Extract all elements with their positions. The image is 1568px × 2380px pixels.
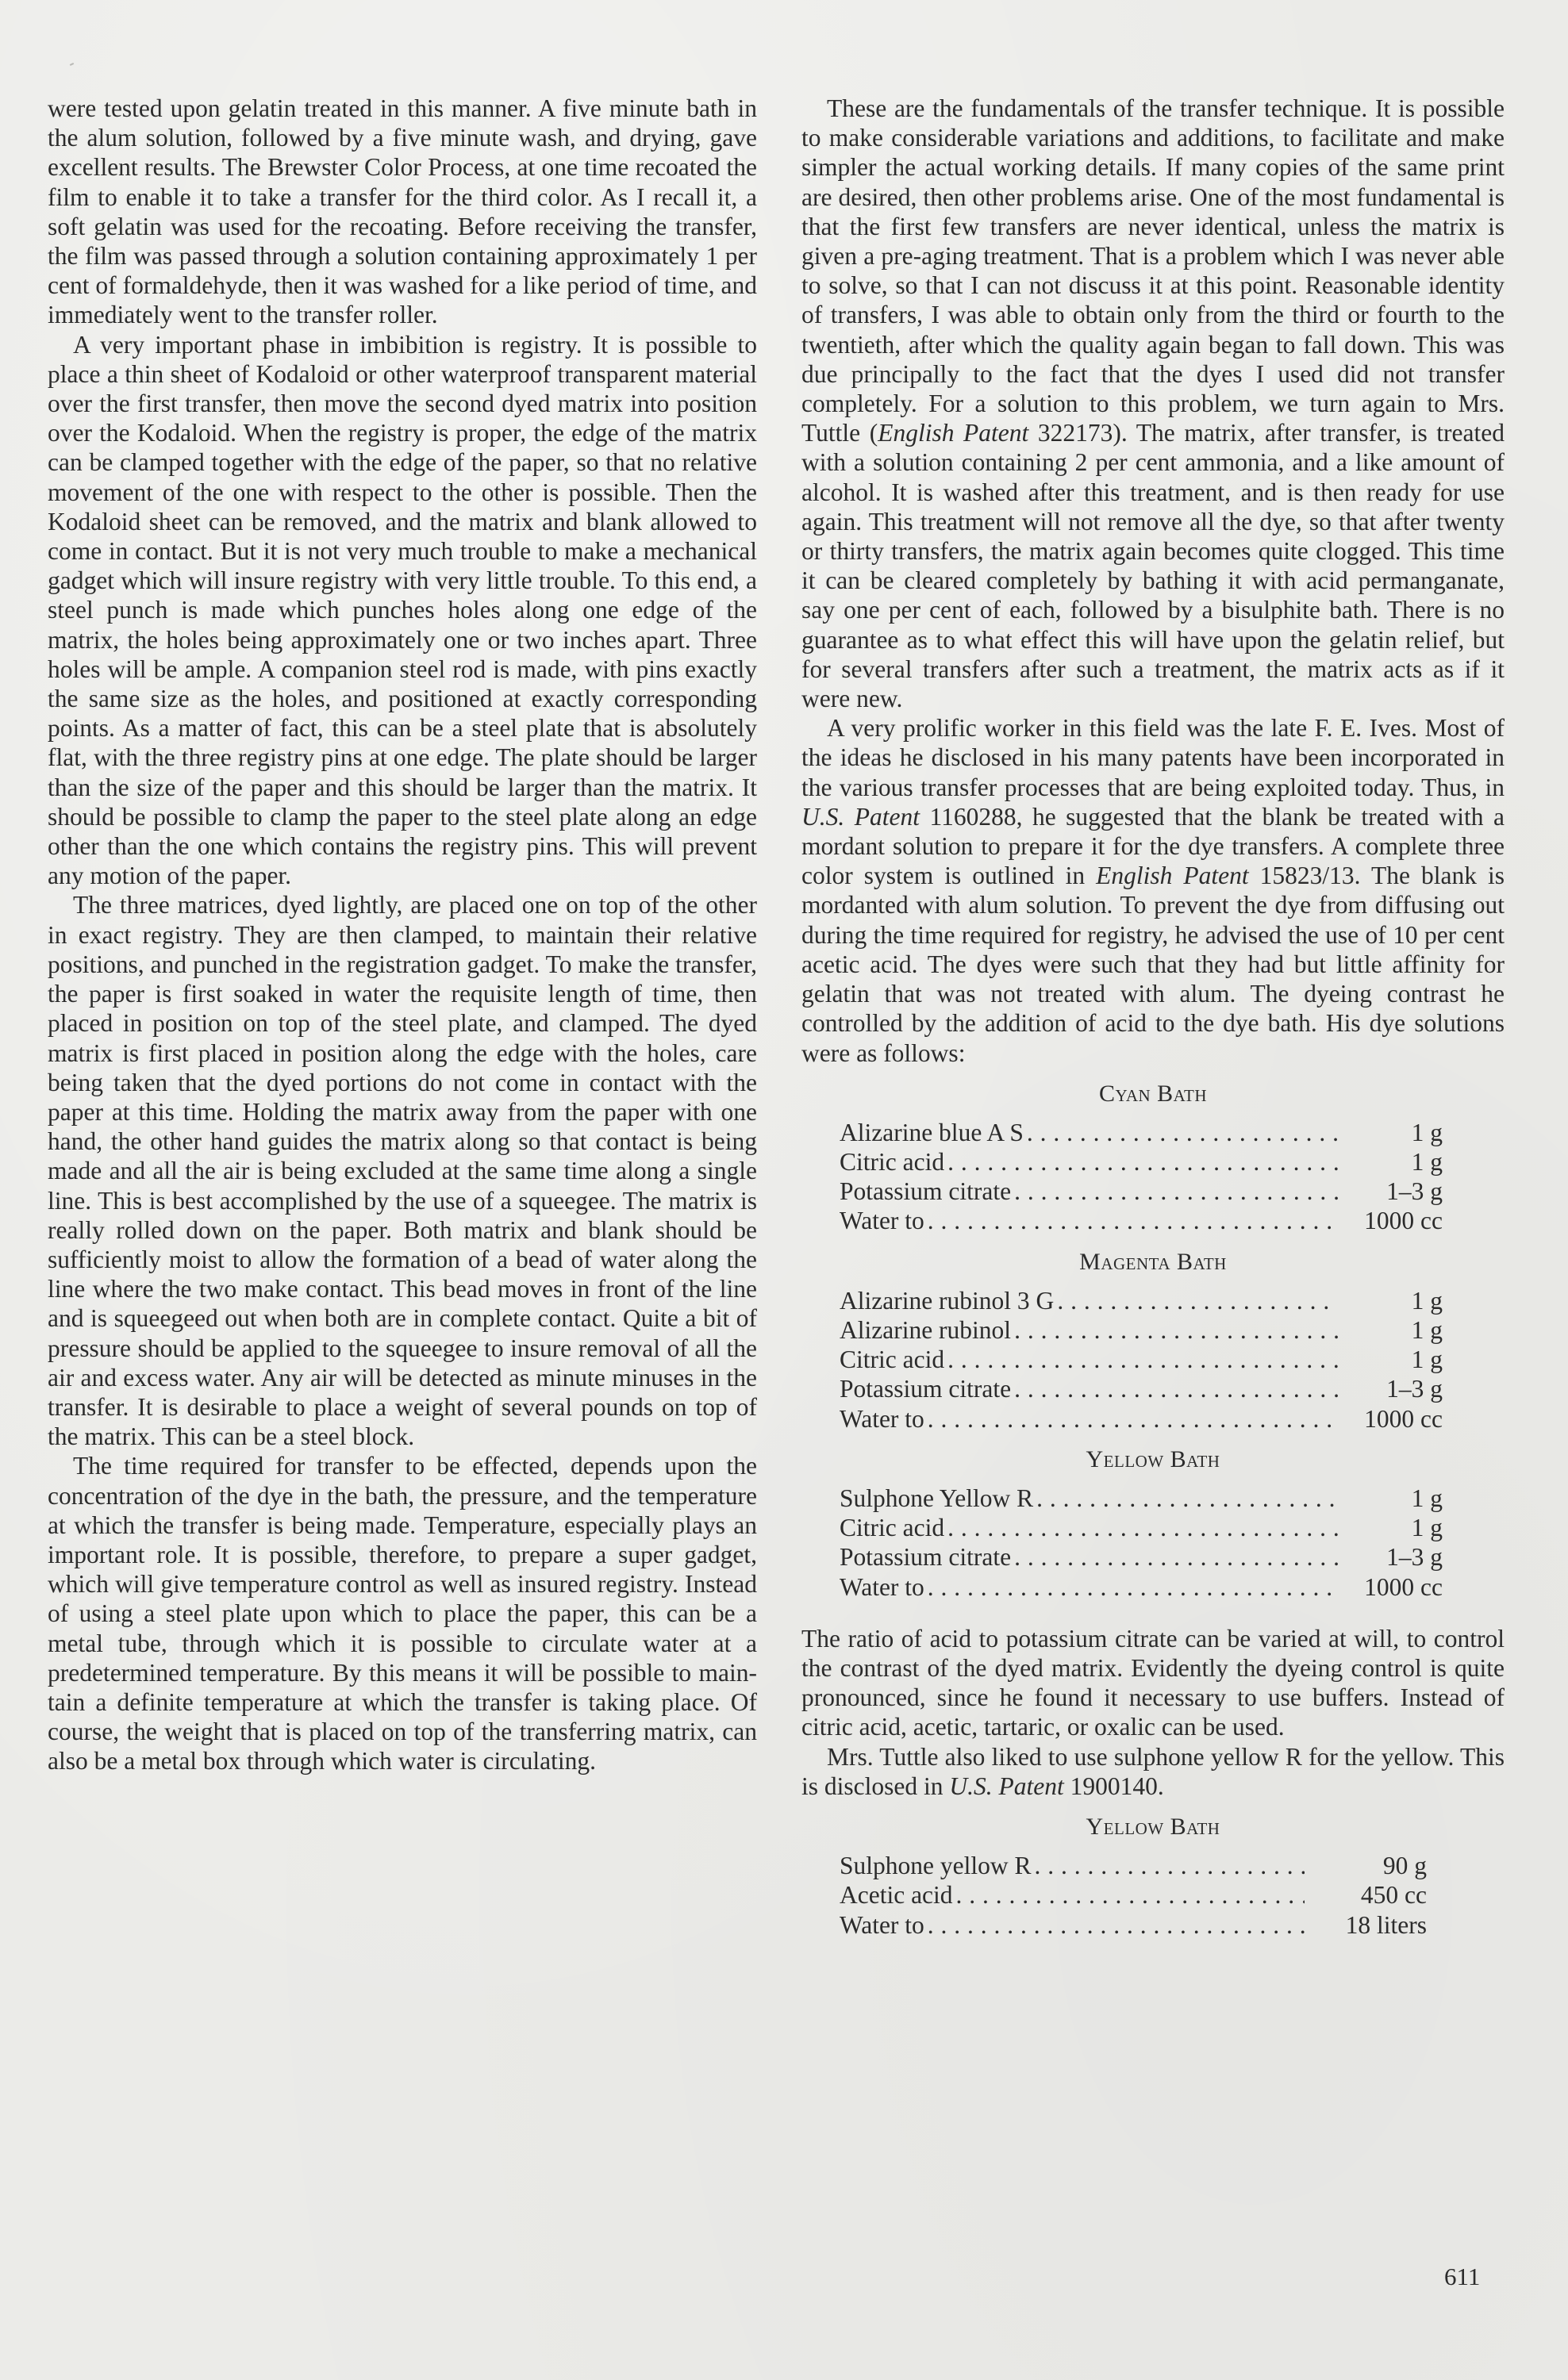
recipe-row: Water to1000 cc xyxy=(840,1206,1443,1235)
left-column: were tested upon gelatin treated in this… xyxy=(48,94,757,1776)
paragraph-transfer-time: The time required for transfer to be eff… xyxy=(48,1451,757,1775)
recipe-row: Sulphone Yellow R1 g xyxy=(840,1484,1443,1513)
recipe-row: Water to18 liters xyxy=(840,1910,1427,1940)
recipe-title-yellow-bath-tuttle: Yellow Bath xyxy=(801,1812,1505,1841)
paragraph-three-matrices: The three matrices, dyed lightly, are pl… xyxy=(48,890,757,1451)
recipe-row: Citric acid1 g xyxy=(840,1147,1443,1177)
recipe-row: Citric acid1 g xyxy=(840,1513,1443,1542)
patent-reference: English Patent xyxy=(1096,862,1249,889)
recipe-row: Potassium citrate1–3 g xyxy=(840,1177,1443,1206)
recipe-row: Potassium citrate1–3 g xyxy=(840,1374,1443,1403)
paragraph-alum-treatment: were tested upon gelatin treated in this… xyxy=(48,94,757,330)
scanned-page: were tested upon gelatin treated in this… xyxy=(0,0,1568,2380)
paragraph-ives: A very prolific worker in this field was… xyxy=(801,713,1505,1067)
patent-reference: U.S. Patent xyxy=(949,1772,1063,1800)
paper-speck xyxy=(70,63,74,66)
recipe-yellow-bath-tuttle: Sulphone yellow R90 g Acetic acid450 cc … xyxy=(840,1851,1427,1940)
recipe-row: Alizarine rubinol1 g xyxy=(840,1315,1443,1345)
recipe-cyan-bath: Alizarine blue A S1 g Citric acid1 g Pot… xyxy=(840,1118,1443,1236)
paragraph-acid-ratio: The ratio of acid to potassium citrate c… xyxy=(801,1624,1505,1742)
recipe-title-cyan-bath: Cyan Bath xyxy=(801,1079,1505,1108)
recipe-title-magenta-bath: Magenta Bath xyxy=(801,1247,1505,1276)
recipe-row: Water to1000 cc xyxy=(840,1404,1443,1434)
patent-reference: English Patent xyxy=(878,419,1028,447)
recipe-row: Alizarine blue A S1 g xyxy=(840,1118,1443,1147)
recipe-row: Alizarine rubinol 3 G1 g xyxy=(840,1286,1443,1315)
page-number: 611 xyxy=(1444,2263,1480,2291)
recipe-magenta-bath: Alizarine rubinol 3 G1 g Alizarine rubin… xyxy=(840,1286,1443,1434)
patent-reference: U.S. Patent xyxy=(801,803,920,831)
paragraph-registry: A very important phase in imbibition is … xyxy=(48,330,757,891)
paragraph-tuttle-yellow: Mrs. Tuttle also liked to use sulphone y… xyxy=(801,1742,1505,1801)
right-column: These are the fundamentals of the transf… xyxy=(801,94,1505,1940)
recipe-row: Acetic acid450 cc xyxy=(840,1880,1427,1910)
recipe-row: Citric acid1 g xyxy=(840,1345,1443,1374)
recipe-row: Potassium citrate1–3 g xyxy=(840,1542,1443,1572)
recipe-yellow-bath: Sulphone Yellow R1 g Citric acid1 g Pota… xyxy=(840,1484,1443,1602)
paragraph-fundamentals: These are the fundamentals of the transf… xyxy=(801,94,1505,713)
recipe-row: Water to1000 cc xyxy=(840,1572,1443,1602)
recipe-row: Sulphone yellow R90 g xyxy=(840,1851,1427,1880)
recipe-title-yellow-bath: Yellow Bath xyxy=(801,1445,1505,1474)
